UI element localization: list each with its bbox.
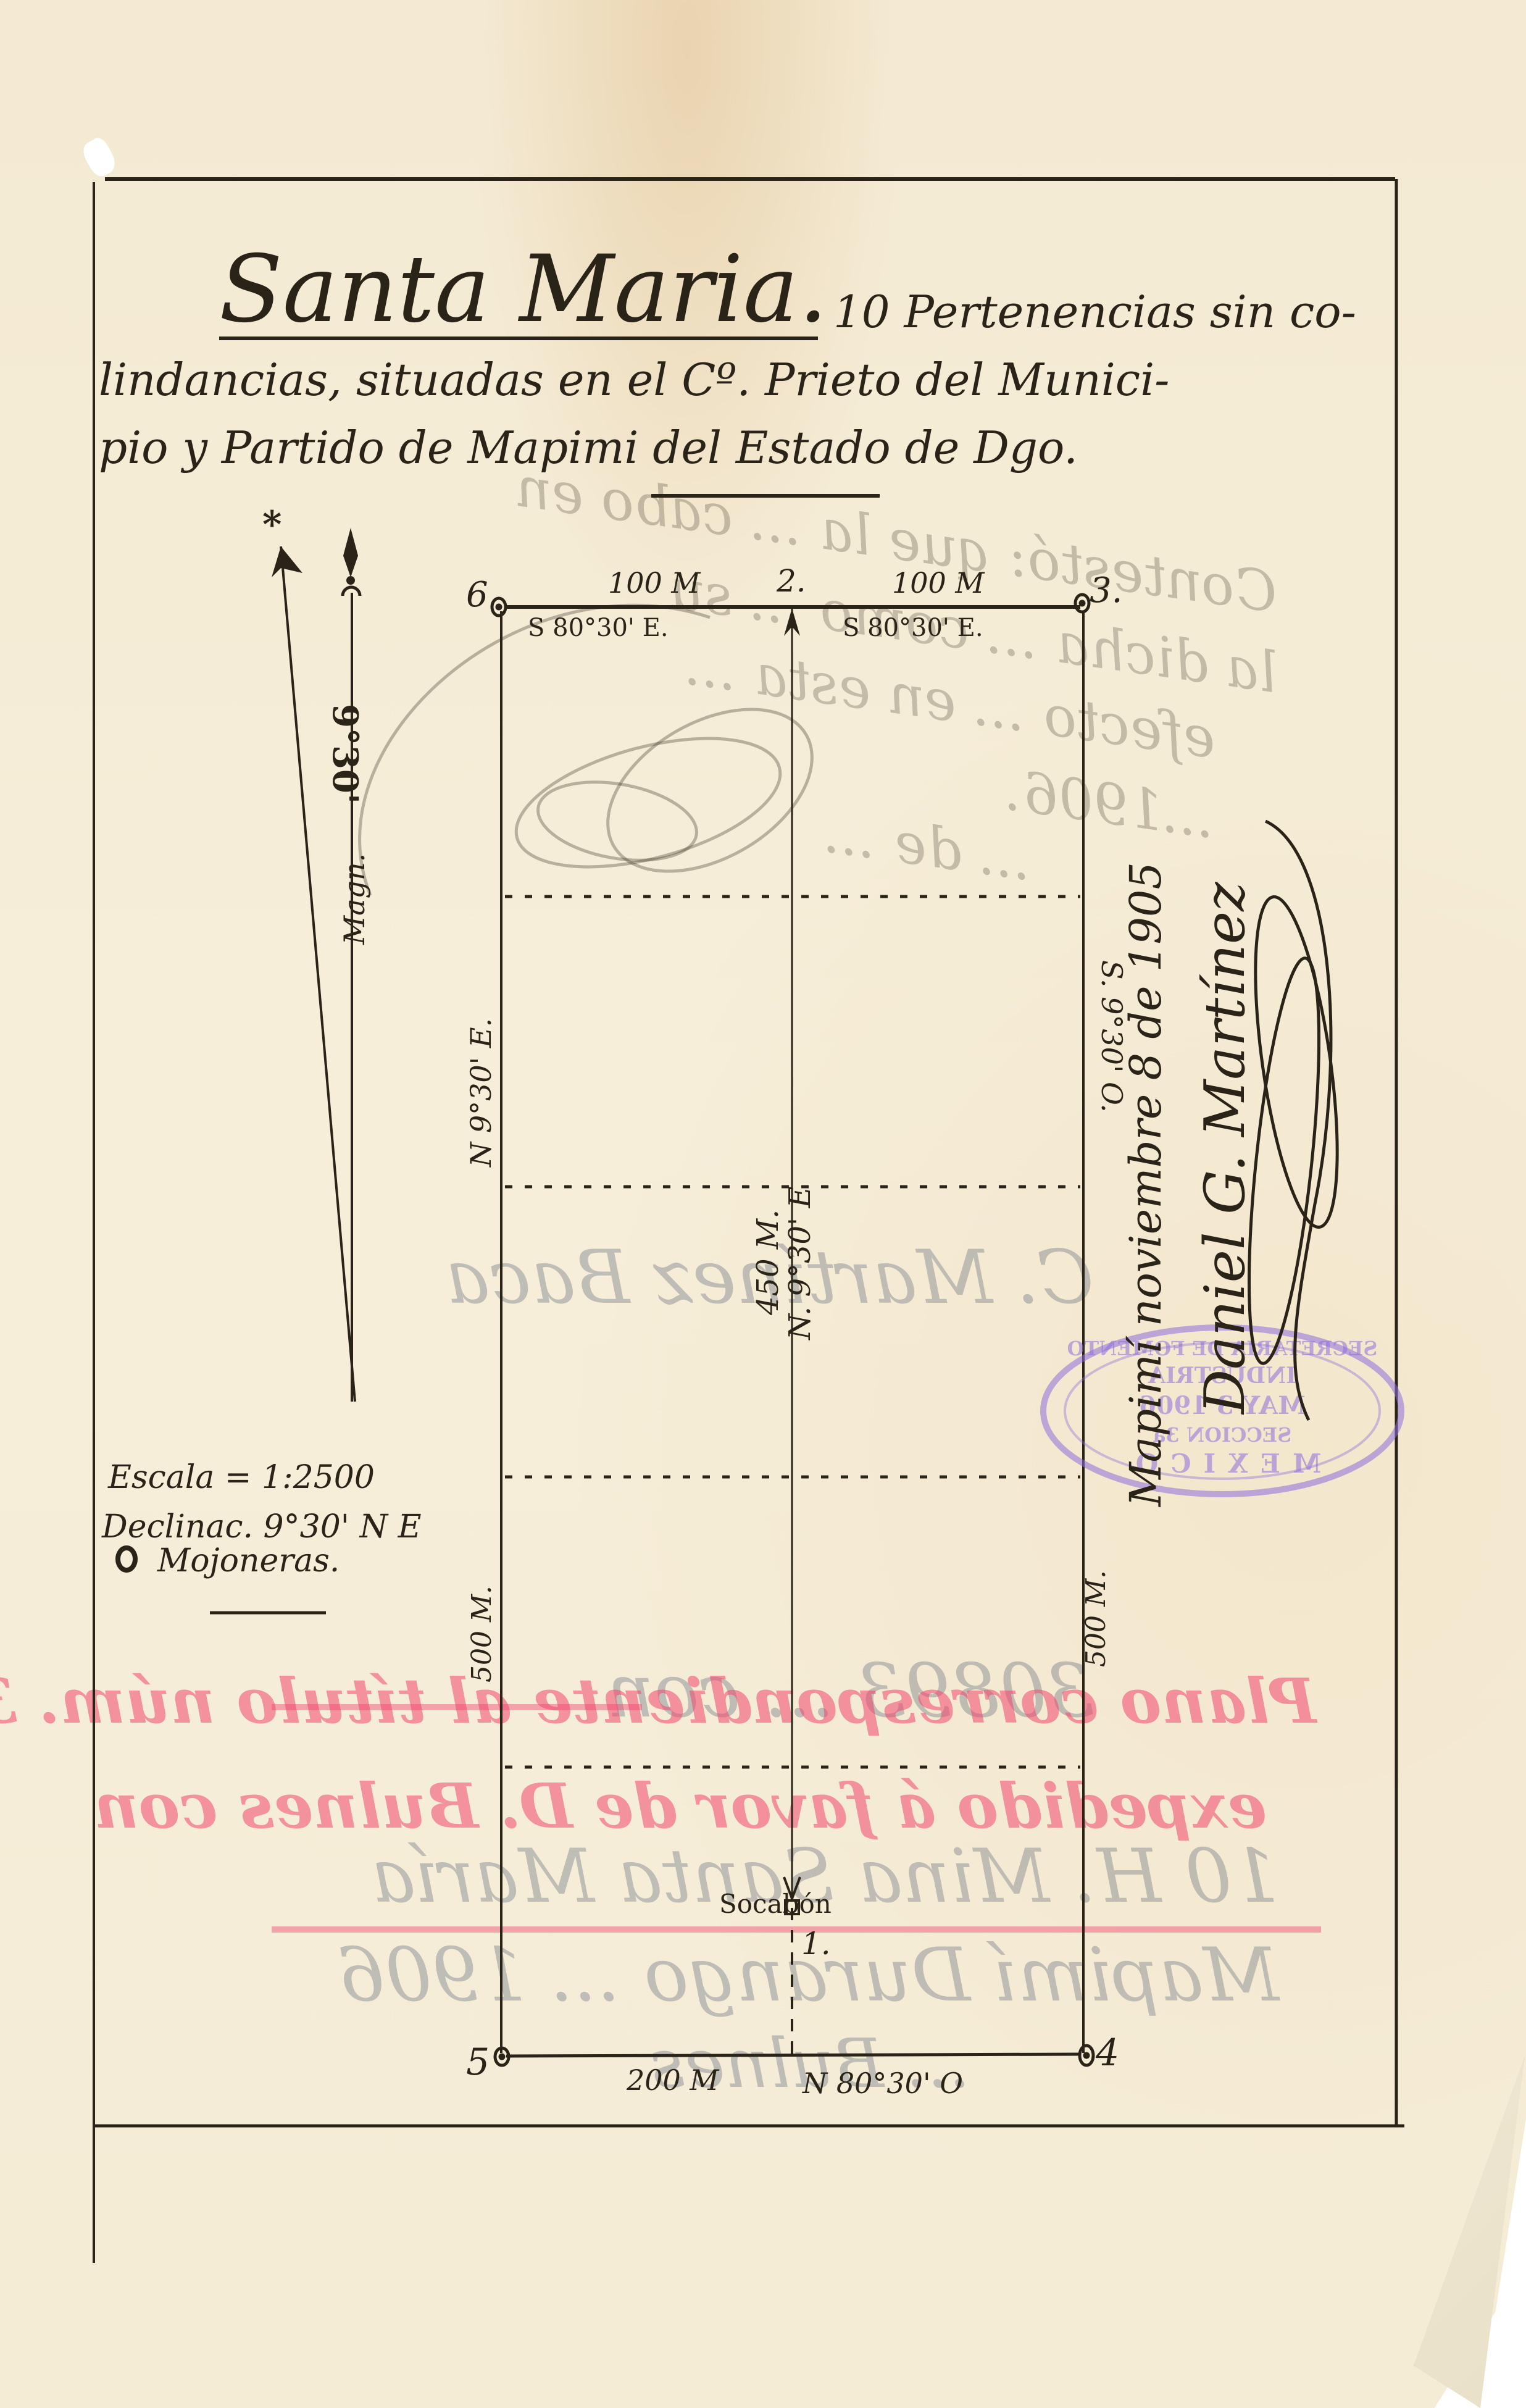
- magnetic-label: Magn.: [338, 853, 371, 945]
- top-left-bearing: S 80°30' E.: [528, 614, 669, 642]
- declination-angle-label: 9°30': [325, 704, 365, 804]
- mojoneras-label: Mojoneras.: [157, 1542, 340, 1579]
- top-right-distance: 100 M: [892, 566, 985, 600]
- svg-text:Plano correspondiente al títul: Plano correspondiente al título núm. 308…: [0, 1665, 1318, 1737]
- north-arrow: * 9°30' Magn.: [262, 503, 371, 1402]
- right-length: 500 M.: [1080, 1570, 1112, 1667]
- top-left-distance: 100 M: [608, 566, 701, 600]
- corner-1-label: 1.: [801, 1926, 831, 1962]
- heading-line-1: 10 Pertenencias sin co-: [833, 286, 1356, 338]
- scale-label: Escala = 1:2500: [107, 1459, 375, 1496]
- bottom-distance: 200 M: [626, 2063, 720, 2097]
- top-right-bearing: S 80°30' E.: [843, 614, 983, 642]
- declination-label: Declinac. 9°30' N E: [101, 1508, 422, 1545]
- legend: Escala = 1:2500 Declinac. 9°30' N E Mojo…: [101, 1459, 422, 1613]
- left-length: 500 M.: [466, 1586, 498, 1683]
- socabon-label: Socabón: [719, 1889, 832, 1919]
- mojonera-legend-icon: [118, 1548, 135, 1570]
- heading-line-3: pio y Partido de Mapimi del Estado de Dg…: [99, 422, 1078, 474]
- star-icon: *: [262, 503, 281, 546]
- title-block: Santa Maria. 10 Pertenencias sin co- lin…: [99, 236, 1356, 496]
- left-bearing: N 9°30' E.: [464, 1018, 498, 1168]
- true-north-arrowhead-icon: [272, 546, 302, 577]
- signature-name: Daniel G. Martínez: [1193, 882, 1257, 1415]
- magnetic-needle-icon: [343, 528, 358, 577]
- corner-5-label: 5: [466, 2041, 490, 2084]
- signature-block: Mapimí noviembre 8 de 1905 Daniel G. Mar…: [1120, 821, 1353, 1508]
- corner-4-label: 4: [1095, 2031, 1119, 2075]
- plan-drawing: Contestó: que la ... cabo en la dicha ..…: [0, 0, 1526, 2408]
- corner-6-label: 6: [466, 575, 488, 615]
- heading-line-2: lindancias, situadas en el Cº. Prieto de…: [99, 354, 1169, 406]
- svg-text:expedido á favor de D. Bulnes: expedido á favor de D. Bulnes con: [94, 1770, 1267, 1842]
- center-distance: 450 M.: [751, 1210, 785, 1316]
- center-bearing: N. 9°30' E: [783, 1186, 817, 1340]
- corner-2-label: 2.: [776, 563, 806, 599]
- bleed-through-ink: Contestó: que la ... cabo en la dicha ..…: [512, 454, 1282, 894]
- corner-3-label: 3.: [1090, 571, 1122, 611]
- svg-text:SECCION 3a: SECCION 3a: [1153, 1423, 1292, 1447]
- bottom-bearing: N 80°30' O: [802, 2067, 963, 2100]
- place-date: Mapimí noviembre 8 de 1905: [1120, 862, 1171, 1508]
- document-title: Santa Maria.: [219, 236, 828, 343]
